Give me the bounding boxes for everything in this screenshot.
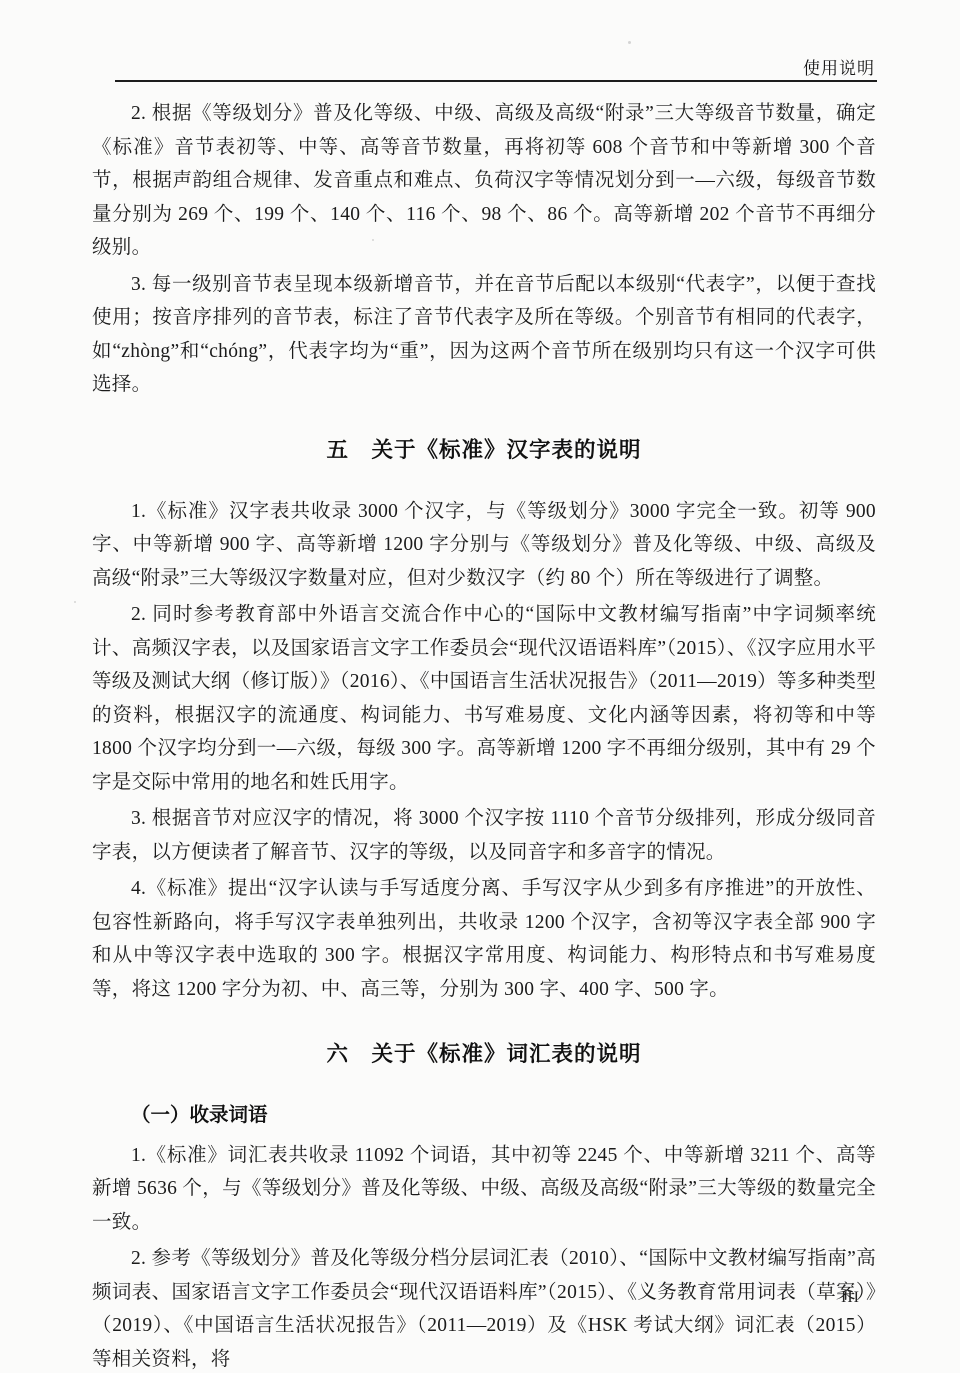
section-heading-hanzi-table: 五 关于《标准》汉字表的说明 bbox=[92, 433, 876, 464]
paragraph-homophone-table: 3. 根据音节对应汉字的情况，将 3000 个汉字按 1110 个音节分级排列，… bbox=[92, 802, 876, 869]
running-header-title: 使用说明 bbox=[803, 54, 875, 79]
scan-speck bbox=[74, 601, 76, 603]
paragraph-vocabulary-count: 1.《标准》词汇表共收录 11092 个词语，其中初等 2245 个、中等新增 … bbox=[92, 1139, 876, 1240]
paragraph-syllable-levels: 2. 根据《等级划分》普及化等级、中级、高级及高级“附录”三大等级音节数量，确定… bbox=[92, 97, 876, 265]
page-number: III bbox=[841, 1289, 860, 1307]
paragraph-handwriting-table: 4.《标准》提出“汉字认读与手写适度分离、手写汉字从少到多有序推进”的开放性、包… bbox=[92, 872, 876, 1006]
subheading-collected-words: （一）收录词语 bbox=[92, 1099, 876, 1133]
paragraph-syllable-representative-chars: 3. 每一级别音节表呈现本级新增音节，并在音节后配以本级别“代表字”，以便于查找… bbox=[92, 268, 876, 402]
section-heading-vocabulary-table: 六 关于《标准》词汇表的说明 bbox=[92, 1037, 876, 1068]
running-header: 使用说明 bbox=[115, 56, 877, 82]
document-page: 使用说明 2. 根据《等级划分》普及化等级、中级、高级及高级“附录”三大等级音节… bbox=[0, 0, 960, 1373]
scan-speck bbox=[628, 41, 631, 44]
paragraph-hanzi-count: 1.《标准》汉字表共收录 3000 个汉字，与《等级划分》3000 字完全一致。… bbox=[92, 495, 876, 596]
paragraph-vocabulary-reference-sources: 2. 参考《等级划分》普及化等级分档分层词汇表（2010）、“国际中文教材编写指… bbox=[92, 1242, 876, 1373]
paragraph-hanzi-reference-sources: 2. 同时参考教育部中外语言交流合作中心的“国际中文教材编写指南”中字词频率统计… bbox=[92, 598, 876, 799]
page-content: 2. 根据《等级划分》普及化等级、中级、高级及高级“附录”三大等级音节数量，确定… bbox=[92, 97, 876, 1373]
header-rule bbox=[115, 80, 877, 82]
